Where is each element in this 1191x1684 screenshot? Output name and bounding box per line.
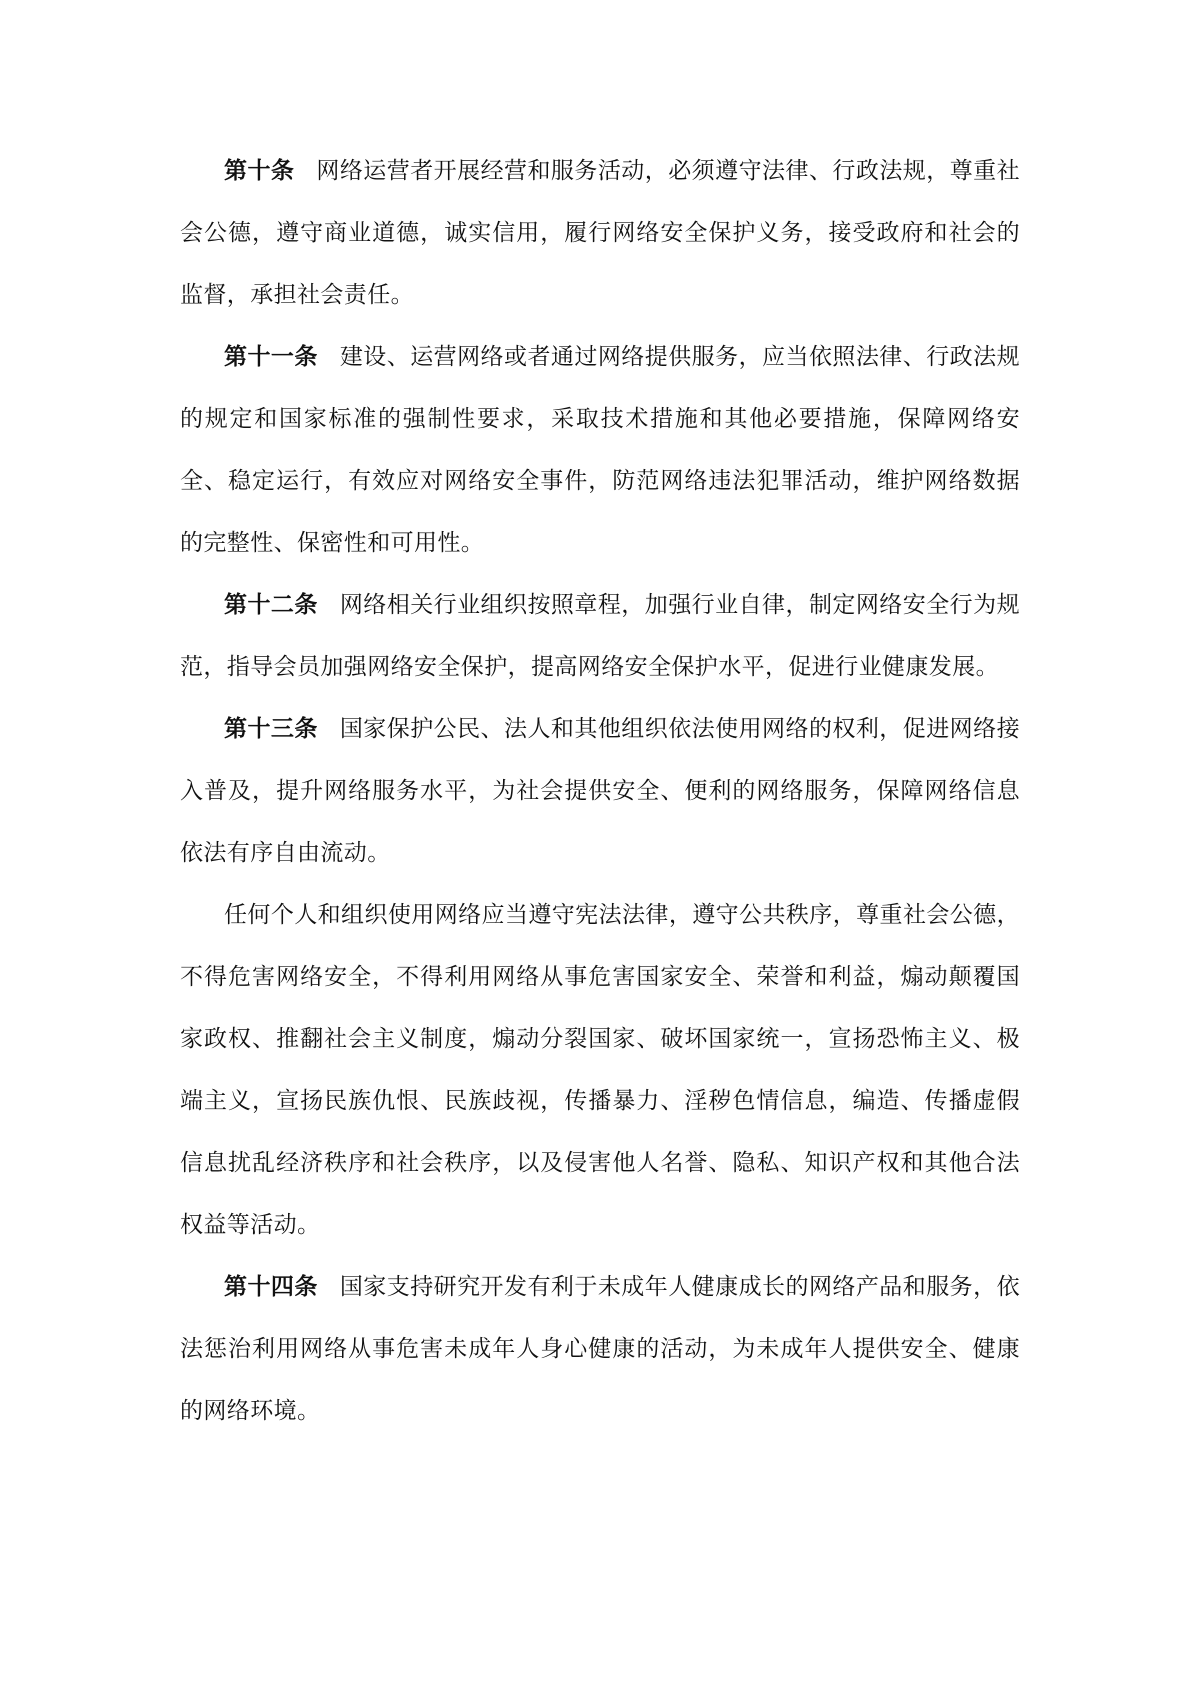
article-title: 第十一条 bbox=[224, 344, 318, 370]
article-title: 第十四条 bbox=[224, 1274, 318, 1300]
article-title: 第十条 bbox=[224, 158, 294, 184]
article-text: 建设、运营网络或者通过网络提供服务，应当依照法律、行政法规的规定和国家标准的强制… bbox=[180, 344, 1020, 556]
article-title: 第十三条 bbox=[224, 716, 318, 742]
article-11: 第十一条建设、运营网络或者通过网络提供服务，应当依照法律、行政法规的规定和国家标… bbox=[180, 326, 1020, 574]
article-text: 任何个人和组织使用网络应当遵守宪法法律，遵守公共秩序，尊重社会公德，不得危害网络… bbox=[180, 902, 1020, 1238]
article-13: 第十三条国家保护公民、法人和其他组织依法使用网络的权利，促进网络接入普及，提升网… bbox=[180, 698, 1020, 884]
article-14: 第十四条国家支持研究开发有利于未成年人健康成长的网络产品和服务，依法惩治利用网络… bbox=[180, 1256, 1020, 1442]
article-12: 第十二条网络相关行业组织按照章程，加强行业自律，制定网络安全行为规范，指导会员加… bbox=[180, 574, 1020, 698]
document-page: 第十条网络运营者开展经营和服务活动，必须遵守法律、行政法规，尊重社会公德，遵守商… bbox=[180, 140, 1020, 1442]
article-text: 网络运营者开展经营和服务活动，必须遵守法律、行政法规，尊重社会公德，遵守商业道德… bbox=[180, 158, 1020, 308]
article-10: 第十条网络运营者开展经营和服务活动，必须遵守法律、行政法规，尊重社会公德，遵守商… bbox=[180, 140, 1020, 326]
article-13-paragraph-2: 任何个人和组织使用网络应当遵守宪法法律，遵守公共秩序，尊重社会公德，不得危害网络… bbox=[180, 884, 1020, 1256]
article-title: 第十二条 bbox=[224, 592, 318, 618]
